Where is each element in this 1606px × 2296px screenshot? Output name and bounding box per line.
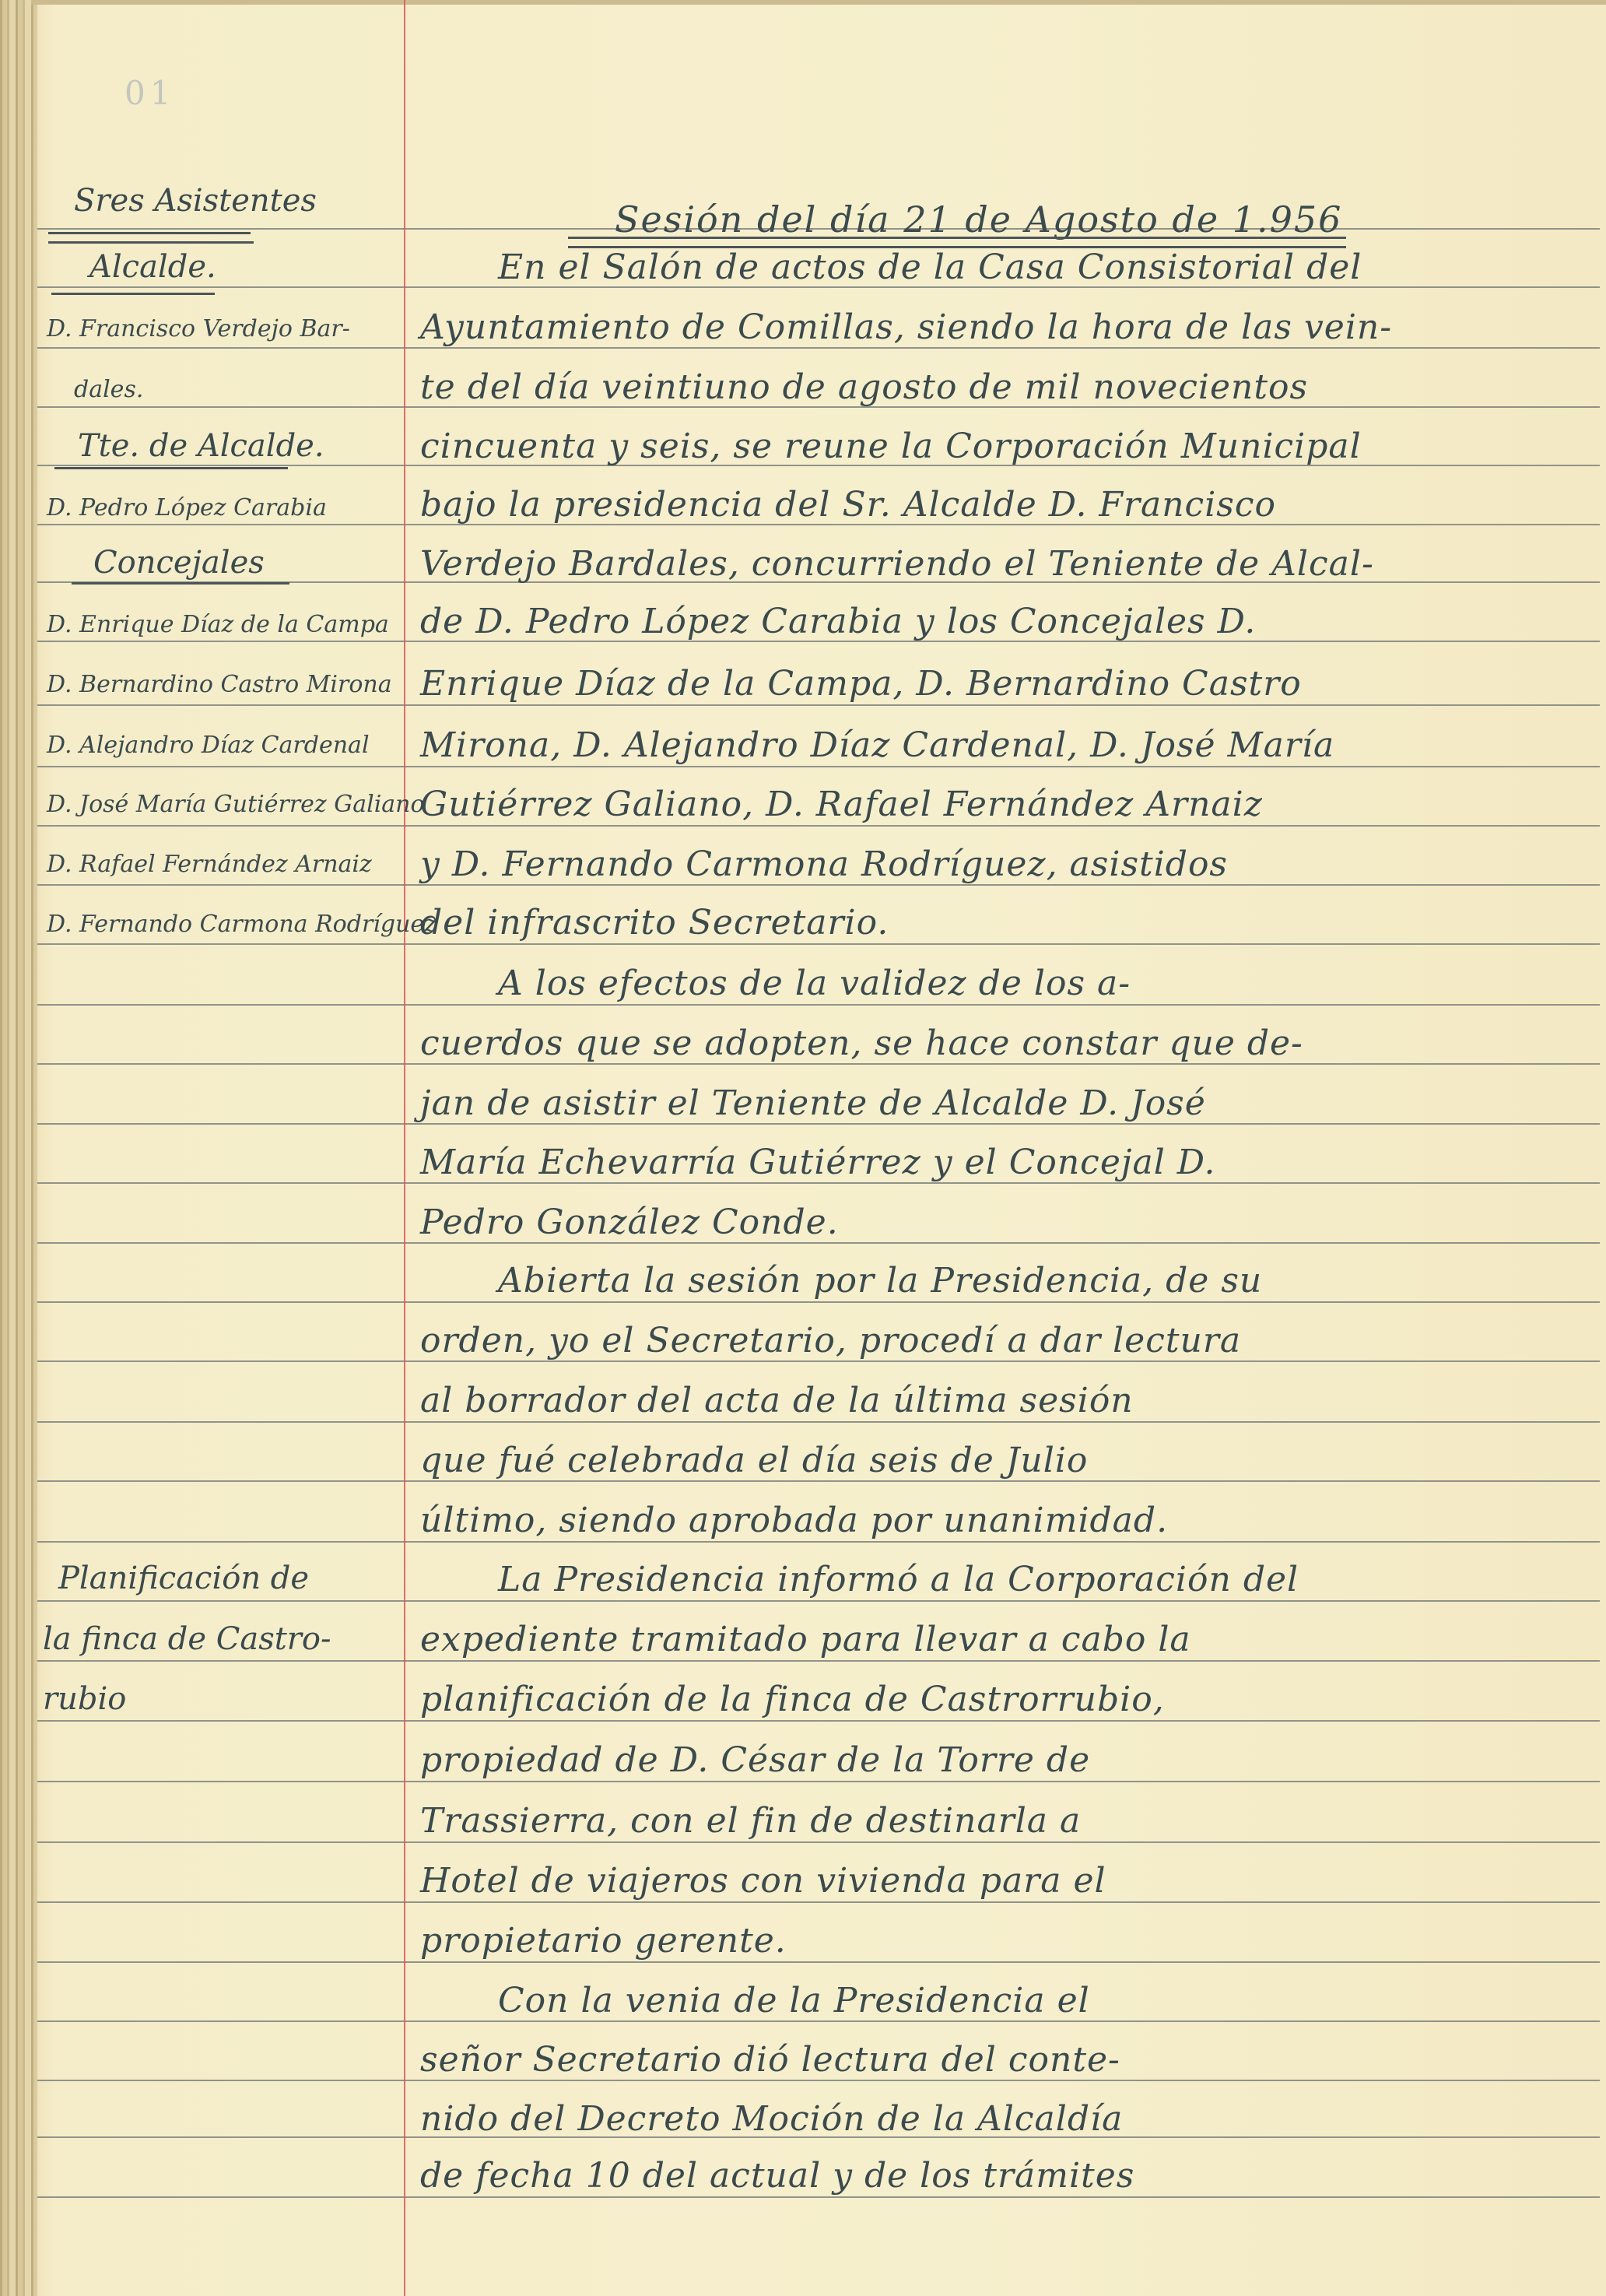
ruled-line bbox=[37, 825, 1600, 827]
minutes-line: orden, yo el Secretario, procedí a dar l… bbox=[420, 1321, 1241, 1360]
margin-note-line: Planificación de bbox=[58, 1561, 309, 1596]
ledger-page: 01 Sres Asistentes Alcalde. D. Francisco… bbox=[0, 0, 1606, 2296]
councillor-name: D. Fernando Carmona Rodríguez bbox=[47, 911, 437, 938]
title-underline bbox=[568, 237, 1346, 239]
book-binding-edge bbox=[0, 0, 37, 2296]
minutes-line: Verdejo Bardales, concurriendo el Tenien… bbox=[420, 544, 1374, 584]
ruled-line bbox=[37, 1541, 1600, 1543]
ruled-line bbox=[37, 1720, 1600, 1722]
ruled-line bbox=[37, 347, 1600, 349]
ruled-line bbox=[37, 2196, 1600, 2198]
ruled-line bbox=[37, 1421, 1600, 1423]
ruled-line bbox=[37, 1781, 1600, 1782]
minutes-line: Ayuntamiento de Comillas, siendo la hora… bbox=[420, 307, 1392, 347]
ruled-line bbox=[37, 1961, 1600, 1963]
minutes-line: último, siendo aprobada por unanimidad. bbox=[420, 1501, 1168, 1540]
minutes-line: que fué celebrada el día seis de Julio bbox=[420, 1441, 1088, 1480]
ruled-line bbox=[37, 1242, 1600, 1244]
minutes-line: y D. Fernando Carmona Rodríguez, asistid… bbox=[420, 844, 1228, 884]
minutes-line: Trassierra, con el fin de destinarla a bbox=[420, 1801, 1081, 1841]
councillor-name: D. Alejandro Díaz Cardenal bbox=[47, 732, 370, 759]
page-top-edge bbox=[31, 0, 1606, 5]
minutes-line: nido del Decreto Moción de la Alcaldía bbox=[420, 2099, 1123, 2139]
minutes-line: del infrascrito Secretario. bbox=[420, 903, 889, 943]
minutes-line: Enrique Díaz de la Campa, D. Bernardino … bbox=[420, 664, 1302, 704]
role-underline bbox=[51, 293, 215, 295]
ruled-line bbox=[37, 1841, 1600, 1843]
minutes-line: Abierta la sesión por la Presidencia, de… bbox=[498, 1261, 1262, 1301]
ruled-line bbox=[37, 1123, 1600, 1125]
minutes-line: jan de asistir el Teniente de Alcalde D.… bbox=[420, 1083, 1206, 1123]
minutes-line: María Echevarría Gutiérrez y el Concejal… bbox=[420, 1143, 1216, 1182]
role-deputy-mayor-label: Tte. de Alcalde. bbox=[78, 428, 324, 464]
ruled-line bbox=[37, 766, 1600, 767]
minutes-line: de D. Pedro López Carabia y los Concejal… bbox=[420, 602, 1256, 641]
minutes-line: propiedad de D. César de la Torre de bbox=[420, 1740, 1090, 1780]
mayor-name: D. Francisco Verdejo Bar- bbox=[47, 315, 350, 342]
margin-note-line: rubio bbox=[43, 1681, 126, 1717]
minutes-line: te del día veintiuno de agosto de mil no… bbox=[420, 367, 1308, 407]
minutes-line: cuerdos que se adopten, se hace constar … bbox=[420, 1023, 1303, 1063]
ruled-line bbox=[37, 1301, 1600, 1303]
minutes-line: planificación de la finca de Castrorrubi… bbox=[420, 1680, 1165, 1719]
minutes-line: bajo la presidencia del Sr. Alcalde D. F… bbox=[420, 485, 1276, 525]
minutes-line: Mirona, D. Alejandro Díaz Cardenal, D. J… bbox=[420, 725, 1334, 765]
heading-underline bbox=[48, 241, 254, 244]
minutes-line: A los efectos de la validez de los a- bbox=[498, 964, 1131, 1003]
role-councillors-label: Concejales bbox=[93, 545, 265, 581]
minutes-line: Pedro González Conde. bbox=[420, 1202, 839, 1242]
ruled-line bbox=[37, 1182, 1600, 1184]
minutes-line: cincuenta y seis, se reune la Corporació… bbox=[420, 427, 1362, 466]
ruled-line bbox=[37, 1480, 1600, 1482]
ruled-line bbox=[37, 1063, 1600, 1065]
heading-underline bbox=[48, 232, 251, 234]
session-title: Sesión del día 21 de Agosto de 1.956 bbox=[615, 198, 1342, 240]
mayor-name-cont: dales. bbox=[74, 376, 143, 403]
ruled-line bbox=[37, 943, 1600, 945]
ruled-line bbox=[37, 2020, 1600, 2022]
margin-note-line: la finca de Castro- bbox=[43, 1621, 331, 1657]
councillor-name: D. Rafael Fernández Arnaiz bbox=[47, 851, 372, 878]
minutes-line: Hotel de viajeros con vivienda para el bbox=[420, 1861, 1106, 1901]
ruled-line bbox=[37, 2080, 1600, 2081]
attendees-heading: Sres Asistentes bbox=[74, 183, 317, 219]
minutes-line: propietario gerente. bbox=[420, 1921, 787, 1961]
role-mayor-label: Alcalde. bbox=[89, 249, 216, 285]
red-margin-line bbox=[404, 0, 405, 2296]
ruled-line bbox=[37, 1004, 1600, 1006]
minutes-line: señor Secretario dió lectura del conte- bbox=[420, 2040, 1120, 2080]
councillor-name: D. Enrique Díaz de la Campa bbox=[47, 611, 389, 638]
minutes-line: La Presidencia informó a la Corporación … bbox=[498, 1560, 1299, 1599]
minutes-line: Con la venia de la Presidencia el bbox=[498, 1981, 1090, 2020]
ruled-line bbox=[37, 1901, 1600, 1903]
role-underline bbox=[72, 582, 289, 585]
ruled-line bbox=[37, 1660, 1600, 1662]
minutes-line: En el Salón de actos de la Casa Consisto… bbox=[498, 248, 1362, 287]
minutes-line: al borrador del acta de la última sesión bbox=[420, 1381, 1134, 1420]
role-underline bbox=[54, 467, 288, 469]
councillor-name: D. José María Gutiérrez Galiano bbox=[47, 791, 425, 818]
ruled-line bbox=[37, 1360, 1600, 1362]
deputy-mayor-name: D. Pedro López Carabia bbox=[47, 494, 327, 521]
councillor-name: D. Bernardino Castro Mirona bbox=[47, 671, 392, 698]
ruled-line bbox=[37, 1600, 1600, 1602]
minutes-line: Gutiérrez Galiano, D. Rafael Fernández A… bbox=[420, 785, 1263, 824]
ruled-line bbox=[37, 884, 1600, 886]
folio-number: 01 bbox=[124, 74, 175, 112]
minutes-line: de fecha 10 del actual y de los trámites bbox=[420, 2156, 1134, 2196]
ruled-line bbox=[37, 704, 1600, 706]
minutes-line: expediente tramitado para llevar a cabo … bbox=[420, 1620, 1191, 1659]
